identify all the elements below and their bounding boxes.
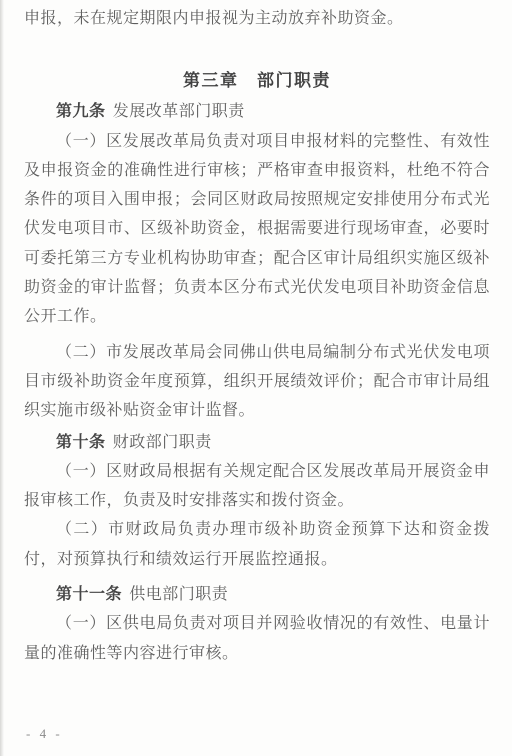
article-9-name: 发展改革部门职责 (113, 103, 245, 120)
chapter-heading: 第三章 部门职责 (24, 68, 490, 94)
article-10-title: 第十条财政部门职责 (24, 428, 490, 457)
scan-edge-shadow (0, 0, 4, 756)
paragraph-continuation: 申报，未在规定期限内申报视为主动放弃补助资金。 (24, 4, 490, 33)
article-11-number: 第十一条 (56, 586, 122, 603)
article-9-paragraph-1: （一）区发展改革局负责对项目申报材料的完整性、有效性及申报资金的准确性进行审核；… (24, 127, 490, 332)
article-11-paragraph-1: （一）区供电局负责对项目并网验收情况的有效性、电量计量的准确性等内容进行审核。 (24, 609, 490, 668)
article-11-name: 供电部门职责 (129, 586, 228, 603)
article-9-number: 第九条 (56, 103, 106, 120)
article-10-paragraph-2: （二）市财政局负责办理市级补助资金预算下达和资金拨付，对预算执行和绩效运行开展监… (24, 515, 490, 574)
article-10-paragraph-1: （一）区财政局根据有关规定配合区发展改革局开展资金申报审核工作，负责及时安排落实… (24, 457, 490, 516)
article-9-paragraph-2: （二）市发展改革局会同佛山供电局编制分布式光伏发电项目市级补助资金年度预算，组织… (24, 338, 490, 426)
article-10-number: 第十条 (56, 434, 106, 451)
article-10-name: 财政部门职责 (113, 434, 212, 451)
document-page: 申报，未在规定期限内申报视为主动放弃补助资金。 第三章 部门职责 第九条发展改革… (0, 0, 512, 756)
article-11-title: 第十一条供电部门职责 (24, 580, 490, 609)
document-content: 申报，未在规定期限内申报视为主动放弃补助资金。 第三章 部门职责 第九条发展改革… (24, 4, 490, 668)
article-9-title: 第九条发展改革部门职责 (24, 97, 490, 126)
page-number: - 4 - (26, 726, 63, 742)
